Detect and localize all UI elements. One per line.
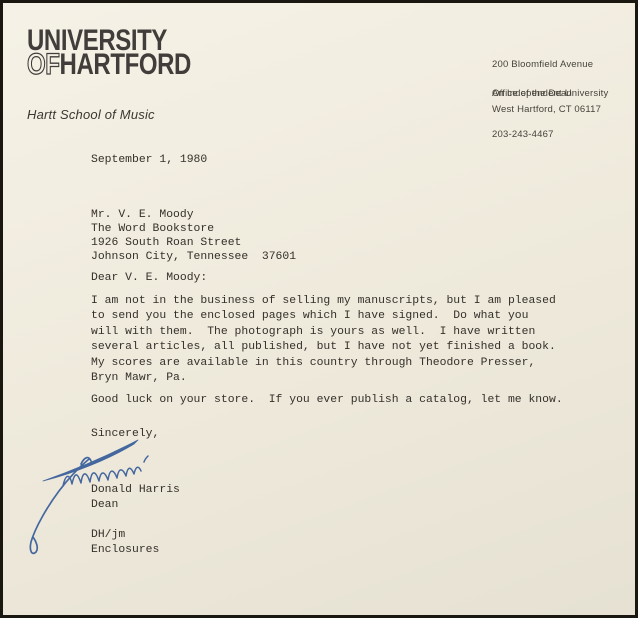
body-paragraph-2: Good luck on your store. If you ever pub… <box>91 394 563 406</box>
school-name: Hartt School of Music <box>27 107 155 122</box>
body-paragraph-1: I am not in the business of selling my m… <box>91 294 556 386</box>
signature-flourish-stroke <box>43 440 138 481</box>
letter-page: UNIVERSITY OFHARTFORD Hartt School of Mu… <box>0 0 638 618</box>
salutation: Dear V. E. Moody: <box>91 272 207 284</box>
logo-line-of-hartford: OFHARTFORD <box>27 53 191 77</box>
reference-enclosures-block: DH/jm Enclosures <box>91 528 159 558</box>
closing-sincerely: Sincerely, <box>91 428 159 440</box>
logo-of-outline: OF <box>27 48 60 81</box>
letterhead-phone: 203-243-4467 <box>492 128 572 142</box>
letter-date: September 1, 1980 <box>91 154 207 166</box>
recipient-address-block: Mr. V. E. Moody The Word Bookstore 1926 … <box>91 208 296 264</box>
signature-loop-stroke <box>30 458 91 554</box>
signature-apostrophe-tick <box>144 456 148 462</box>
signer-name-title-block: Donald Harris Dean <box>91 483 180 513</box>
logo-hartford: HARTFORD <box>60 48 191 81</box>
university-of-hartford-logo: UNIVERSITY OFHARTFORD <box>27 29 232 77</box>
letterhead-tagline: An Independent University <box>492 88 608 100</box>
letterhead-office-block: Office of the Dean 203-243-4467 <box>492 60 572 168</box>
